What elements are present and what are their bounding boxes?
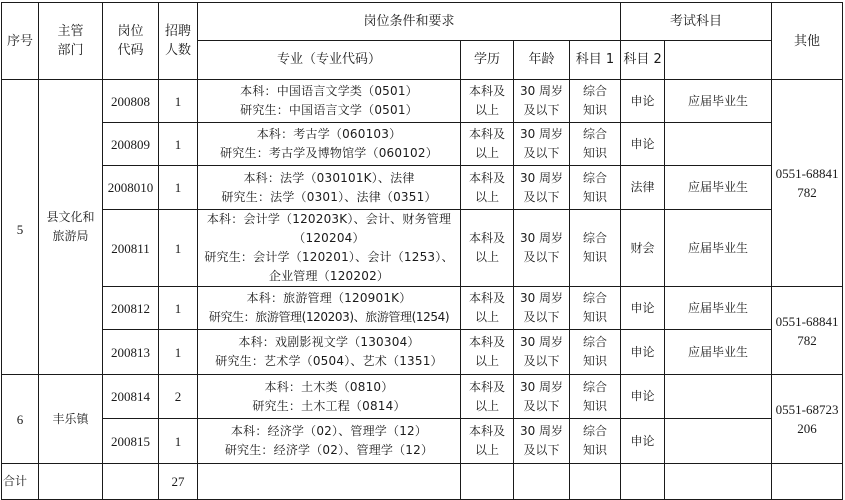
subject2-cell: 申论 bbox=[621, 330, 665, 375]
header-conditions: 岗位条件和要求 bbox=[198, 3, 621, 41]
education-line: 本科及 bbox=[463, 378, 511, 397]
table-row: 200811 1 本科：会计学（120203K）、会计、财务管理 （120204… bbox=[2, 210, 843, 287]
education-line: 以上 bbox=[463, 308, 511, 327]
subject2-cell: 申论 bbox=[621, 287, 665, 330]
header-code: 岗位 代码 bbox=[103, 3, 159, 80]
table-row: 200812 1 本科：旅游管理（120901K） 研究生：旅游管理(12020… bbox=[2, 287, 843, 330]
education-line: 本科及 bbox=[463, 169, 511, 188]
subject2-cell: 财会 bbox=[621, 210, 665, 287]
subject1-cell: 综合 知识 bbox=[570, 287, 621, 330]
count-cell: 1 bbox=[159, 123, 198, 166]
major-line: 研究生：会计学（120201）、会计（1253）、 bbox=[200, 248, 458, 267]
other-cell: 应届毕业生 bbox=[665, 330, 772, 375]
subject2-cell: 申论 bbox=[621, 375, 665, 419]
age-line: 及以下 bbox=[516, 101, 567, 120]
phone-line: 782 bbox=[774, 331, 840, 350]
education-cell: 本科及 以上 bbox=[461, 375, 514, 419]
header-count-line: 招聘 bbox=[161, 22, 195, 41]
education-line: 以上 bbox=[463, 397, 511, 416]
code-cell: 2008010 bbox=[103, 166, 159, 210]
seq-cell: 6 bbox=[2, 375, 39, 464]
major-cell: 本科：会计学（120203K）、会计、财务管理 （120204） 研究生：会计学… bbox=[198, 210, 461, 287]
major-cell: 本科：中国语言文学类（0501） 研究生：中国语言文学（0501） bbox=[198, 80, 461, 123]
subject2-cell: 申论 bbox=[621, 419, 665, 464]
age-line: 及以下 bbox=[516, 188, 567, 207]
other-cell: 应届毕业生 bbox=[665, 287, 772, 330]
seq-cell: 5 bbox=[2, 80, 39, 375]
table-row: 200809 1 本科：考古学（060103） 研究生：考古学及博物馆学（060… bbox=[2, 123, 843, 166]
education-cell: 本科及 以上 bbox=[461, 210, 514, 287]
code-cell: 200808 bbox=[103, 80, 159, 123]
subject1-line: 综合 bbox=[572, 289, 618, 308]
header-count-line: 人数 bbox=[161, 41, 195, 60]
code-cell: 200811 bbox=[103, 210, 159, 287]
subject1-cell: 综合 知识 bbox=[570, 330, 621, 375]
major-line: 研究生：法学（0301）、法律（0351） bbox=[200, 188, 458, 207]
age-cell: 30 周岁 及以下 bbox=[514, 287, 570, 330]
education-line: 本科及 bbox=[463, 125, 511, 144]
header-dept-line: 部门 bbox=[41, 41, 100, 60]
major-line: 本科：法学（030101K）、法律 bbox=[200, 169, 458, 188]
major-cell: 本科：土木类（0810） 研究生：土木工程（0814） bbox=[198, 375, 461, 419]
education-cell: 本科及 以上 bbox=[461, 166, 514, 210]
subject1-cell: 综合 知识 bbox=[570, 80, 621, 123]
age-line: 30 周岁 bbox=[516, 229, 567, 248]
count-cell: 1 bbox=[159, 287, 198, 330]
major-line: 研究生：旅游管理(120203)、旅游管理(1254) bbox=[200, 308, 458, 327]
total-phone-empty bbox=[772, 464, 843, 483]
other-cell: 应届毕业生 bbox=[665, 166, 772, 210]
table-row: 200815 1 本科：经济学（02）、管理学（12） 研究生：经济学（02）、… bbox=[2, 419, 843, 464]
table-row: 200813 1 本科：戏剧影视文学（130304） 研究生：艺术学（0504）… bbox=[2, 330, 843, 375]
age-line: 及以下 bbox=[516, 144, 567, 163]
age-line: 30 周岁 bbox=[516, 289, 567, 308]
age-line: 及以下 bbox=[516, 308, 567, 327]
header-age: 年龄 bbox=[514, 40, 570, 79]
subject1-line: 知识 bbox=[572, 101, 618, 120]
phone-cell: 0551-68841 782 bbox=[772, 287, 843, 375]
age-line: 30 周岁 bbox=[516, 82, 567, 101]
total-count: 27 bbox=[159, 464, 198, 483]
other-cell bbox=[665, 419, 772, 464]
age-line: 30 周岁 bbox=[516, 422, 567, 441]
education-line: 以上 bbox=[463, 248, 511, 267]
age-cell: 30 周岁 及以下 bbox=[514, 166, 570, 210]
subject2-cell: 申论 bbox=[621, 80, 665, 123]
education-cell: 本科及 以上 bbox=[461, 419, 514, 464]
subject1-line: 知识 bbox=[572, 441, 618, 460]
education-line: 本科及 bbox=[463, 229, 511, 248]
header-dept: 主管 部门 bbox=[39, 3, 103, 80]
subject1-line: 知识 bbox=[572, 188, 618, 207]
major-cell: 本科：考古学（060103） 研究生：考古学及博物馆学（060102） bbox=[198, 123, 461, 166]
subject2-cell: 法律 bbox=[621, 166, 665, 210]
total-age-empty bbox=[514, 464, 570, 483]
education-line: 以上 bbox=[463, 441, 511, 460]
other-cell: 应届毕业生 bbox=[665, 80, 772, 123]
total-major-empty bbox=[198, 464, 461, 483]
major-line: 研究生：艺术学（0504）、艺术（1351） bbox=[200, 352, 458, 371]
education-line: 本科及 bbox=[463, 333, 511, 352]
count-cell: 2 bbox=[159, 375, 198, 419]
age-cell: 30 周岁 及以下 bbox=[514, 375, 570, 419]
phone-line: 0551-68841 bbox=[774, 164, 840, 183]
total-subject2-empty bbox=[621, 464, 665, 483]
other-cell bbox=[665, 375, 772, 419]
total-dept-empty bbox=[39, 464, 103, 483]
total-label: 合计 bbox=[2, 464, 39, 483]
table-row: 2008010 1 本科：法学（030101K）、法律 研究生：法学（0301）… bbox=[2, 166, 843, 210]
major-cell: 本科：法学（030101K）、法律 研究生：法学（0301）、法律（0351） bbox=[198, 166, 461, 210]
major-line: 本科：旅游管理（120901K） bbox=[200, 289, 458, 308]
subject1-line: 综合 bbox=[572, 125, 618, 144]
header-count: 招聘 人数 bbox=[159, 3, 198, 80]
major-line: 本科：土木类（0810） bbox=[200, 378, 458, 397]
education-line: 本科及 bbox=[463, 289, 511, 308]
age-cell: 30 周岁 及以下 bbox=[514, 80, 570, 123]
education-cell: 本科及 以上 bbox=[461, 287, 514, 330]
education-cell: 本科及 以上 bbox=[461, 80, 514, 123]
age-line: 30 周岁 bbox=[516, 169, 567, 188]
subject1-cell: 综合 知识 bbox=[570, 375, 621, 419]
major-line: 研究生：考古学及博物馆学（060102） bbox=[200, 144, 458, 163]
header-exam: 考试科目 bbox=[621, 3, 772, 41]
dept-line: 旅游局 bbox=[41, 227, 100, 246]
major-line: 本科：会计学（120203K）、会计、财务管理 bbox=[200, 210, 458, 229]
phone-line: 0551-68723 bbox=[774, 400, 840, 419]
phone-cell: 0551-68723 206 bbox=[772, 375, 843, 464]
subject1-line: 综合 bbox=[572, 333, 618, 352]
education-cell: 本科及 以上 bbox=[461, 123, 514, 166]
header-seq: 序号 bbox=[2, 3, 39, 80]
header-code-line: 代码 bbox=[105, 41, 156, 60]
dept-line: 县文化和 bbox=[41, 208, 100, 227]
header-code-line: 岗位 bbox=[105, 22, 156, 41]
subject1-line: 知识 bbox=[572, 248, 618, 267]
header-dept-line: 主管 bbox=[41, 22, 100, 41]
subject1-line: 知识 bbox=[572, 352, 618, 371]
phone-line: 206 bbox=[774, 419, 840, 438]
header-education: 学历 bbox=[461, 40, 514, 79]
code-cell: 200809 bbox=[103, 123, 159, 166]
major-line: 研究生：经济学（02）、管理学（12） bbox=[200, 441, 458, 460]
phone-line: 782 bbox=[774, 183, 840, 202]
education-cell: 本科及 以上 bbox=[461, 330, 514, 375]
age-cell: 30 周岁 及以下 bbox=[514, 123, 570, 166]
total-row: 合计 27 bbox=[2, 464, 843, 483]
header-subject1: 科目 1 bbox=[570, 40, 621, 79]
code-cell: 200813 bbox=[103, 330, 159, 375]
major-line: 本科：中国语言文学类（0501） bbox=[200, 82, 458, 101]
count-cell: 1 bbox=[159, 210, 198, 287]
subject1-line: 知识 bbox=[572, 144, 618, 163]
subject1-line: 综合 bbox=[572, 229, 618, 248]
subject2-cell: 申论 bbox=[621, 123, 665, 166]
education-line: 以上 bbox=[463, 144, 511, 163]
subject1-line: 综合 bbox=[572, 82, 618, 101]
major-line: （120204） bbox=[200, 229, 458, 248]
recruitment-table: 序号 主管 部门 岗位 代码 招聘 人数 岗位条件和要求 考试科目 其他 咨询电… bbox=[1, 2, 843, 482]
age-line: 及以下 bbox=[516, 352, 567, 371]
total-education-empty bbox=[461, 464, 514, 483]
count-cell: 1 bbox=[159, 330, 198, 375]
subject1-cell: 综合 知识 bbox=[570, 210, 621, 287]
age-line: 及以下 bbox=[516, 248, 567, 267]
major-cell: 本科：经济学（02）、管理学（12） 研究生：经济学（02）、管理学（12） bbox=[198, 419, 461, 464]
table-row: 6 丰乐镇 200814 2 本科：土木类（0810） 研究生：土木工程（081… bbox=[2, 375, 843, 419]
subject1-line: 知识 bbox=[572, 308, 618, 327]
code-cell: 200812 bbox=[103, 287, 159, 330]
age-line: 及以下 bbox=[516, 441, 567, 460]
subject1-line: 综合 bbox=[572, 422, 618, 441]
count-cell: 1 bbox=[159, 419, 198, 464]
other-cell: 应届毕业生 bbox=[665, 210, 772, 287]
subject1-line: 综合 bbox=[572, 169, 618, 188]
phone-cell: 0551-68841 782 bbox=[772, 80, 843, 287]
total-subject1-empty bbox=[570, 464, 621, 483]
major-line: 本科：经济学（02）、管理学（12） bbox=[200, 422, 458, 441]
major-cell: 本科：戏剧影视文学（130304） 研究生：艺术学（0504）、艺术（1351） bbox=[198, 330, 461, 375]
education-line: 以上 bbox=[463, 352, 511, 371]
count-cell: 1 bbox=[159, 166, 198, 210]
education-line: 本科及 bbox=[463, 82, 511, 101]
education-line: 本科及 bbox=[463, 422, 511, 441]
major-line: 本科：戏剧影视文学（130304） bbox=[200, 333, 458, 352]
age-line: 30 周岁 bbox=[516, 378, 567, 397]
count-cell: 1 bbox=[159, 80, 198, 123]
phone-line: 0551-68841 bbox=[774, 312, 840, 331]
subject1-cell: 综合 知识 bbox=[570, 123, 621, 166]
header-other: 其他 bbox=[772, 3, 843, 80]
subject1-line: 综合 bbox=[572, 378, 618, 397]
age-line: 30 周岁 bbox=[516, 125, 567, 144]
code-cell: 200814 bbox=[103, 375, 159, 419]
education-line: 以上 bbox=[463, 101, 511, 120]
subject1-cell: 综合 知识 bbox=[570, 166, 621, 210]
education-line: 以上 bbox=[463, 188, 511, 207]
major-line: 本科：考古学（060103） bbox=[200, 125, 458, 144]
header-row-1: 序号 主管 部门 岗位 代码 招聘 人数 岗位条件和要求 考试科目 其他 咨询电… bbox=[2, 3, 843, 41]
age-cell: 30 周岁 及以下 bbox=[514, 330, 570, 375]
header-subject2: 科目 2 bbox=[621, 40, 665, 79]
major-line: 研究生：中国语言文学（0501） bbox=[200, 101, 458, 120]
age-line: 30 周岁 bbox=[516, 333, 567, 352]
header-major: 专业（专业代码） bbox=[198, 40, 461, 79]
age-cell: 30 周岁 及以下 bbox=[514, 210, 570, 287]
code-cell: 200815 bbox=[103, 419, 159, 464]
subject1-cell: 综合 知识 bbox=[570, 419, 621, 464]
major-line: 研究生：土木工程（0814） bbox=[200, 397, 458, 416]
table-row: 5 县文化和 旅游局 200808 1 本科：中国语言文学类（0501） 研究生… bbox=[2, 80, 843, 123]
total-other-empty bbox=[665, 464, 772, 483]
subject1-line: 知识 bbox=[572, 397, 618, 416]
total-code-empty bbox=[103, 464, 159, 483]
age-line: 及以下 bbox=[516, 397, 567, 416]
dept-cell: 丰乐镇 bbox=[39, 375, 103, 464]
major-cell: 本科：旅游管理（120901K） 研究生：旅游管理(120203)、旅游管理(1… bbox=[198, 287, 461, 330]
major-line: 企业管理（120202） bbox=[200, 267, 458, 286]
age-cell: 30 周岁 及以下 bbox=[514, 419, 570, 464]
dept-cell: 县文化和 旅游局 bbox=[39, 80, 103, 375]
other-cell bbox=[665, 123, 772, 166]
